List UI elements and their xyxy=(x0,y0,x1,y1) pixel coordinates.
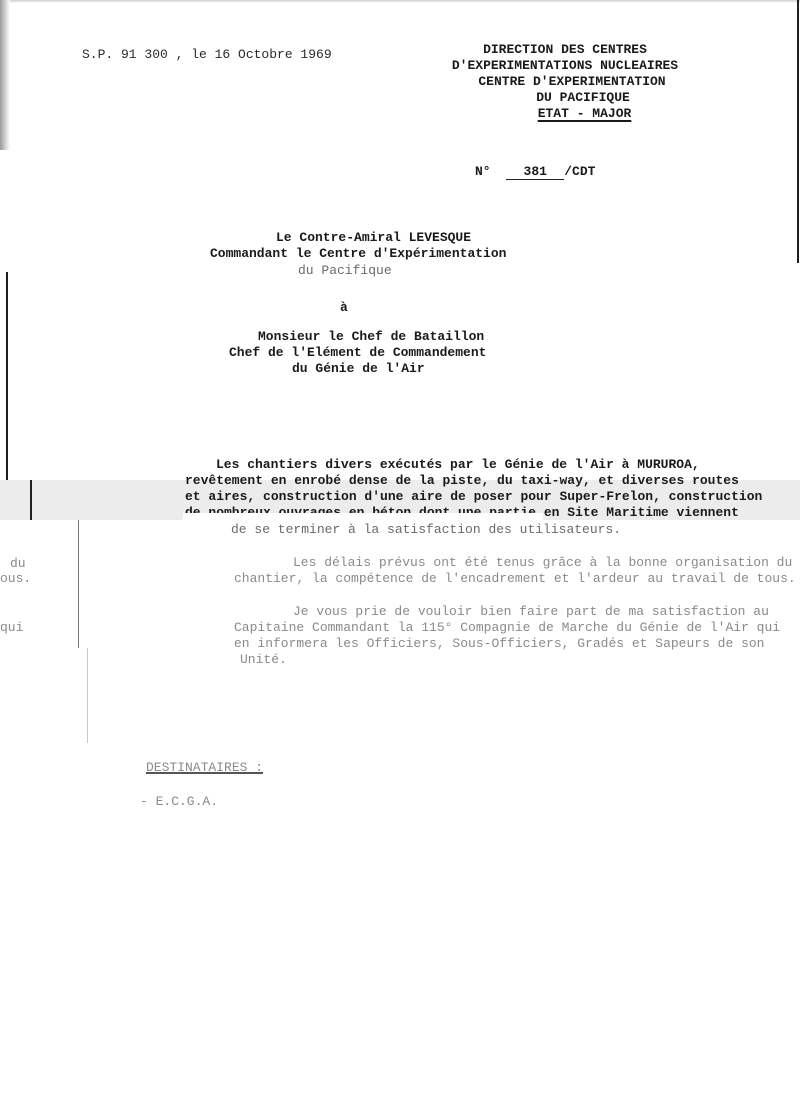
letterhead-line-5: ETAT - MAJOR xyxy=(462,106,707,121)
paragraph-1-line-1: Les chantiers divers exécutés par le Gén… xyxy=(216,457,700,472)
paragraph-3-line-2: Capitaine Commandant la 115° Compagnie d… xyxy=(234,620,780,635)
offset-fragment-2: ous. xyxy=(0,571,31,586)
distribution-heading-label: DESTINATAIRES : xyxy=(146,760,263,775)
paragraph-3-line-4: Unité. xyxy=(240,652,287,667)
reference-prefix: N° xyxy=(475,164,491,179)
offset-fragment-1: du xyxy=(10,556,26,571)
scan-edge-line-right xyxy=(797,0,799,263)
distribution-heading: DESTINATAIRES : xyxy=(146,760,263,775)
letterhead-line-2: D'EXPERIMENTATIONS NUCLEAIRES xyxy=(430,58,700,73)
scan-left-shadow xyxy=(0,0,10,150)
scan-top-shadow xyxy=(0,0,800,3)
reference-value: 381 xyxy=(506,164,564,180)
offset-fragment-3: qui xyxy=(0,620,23,635)
paragraph-2-line-1: Les délais prévus ont été tenus grâce à … xyxy=(293,555,792,570)
sender-line-2: Commandant le Centre d'Expérimentation xyxy=(210,246,506,261)
paragraph-1-line-2: revêtement en enrobé dense de la piste, … xyxy=(185,473,739,488)
scan-offset-line xyxy=(78,520,79,648)
letterhead-line-3: CENTRE D'EXPERIMENTATION xyxy=(437,74,707,89)
letterhead-line-4: DU PACIFIQUE xyxy=(448,90,718,105)
paragraph-2-line-2: chantier, la compétence de l'encadrement… xyxy=(234,571,796,586)
to-word: à xyxy=(340,300,348,315)
paragraph-1-line-5: de se terminer à la satisfaction des uti… xyxy=(231,522,621,537)
paragraph-3-line-3: en informera les Officiers, Sous-Officie… xyxy=(234,636,765,651)
paragraph-1-line-3: et aires, construction d'une aire de pos… xyxy=(185,489,762,504)
place-date: S.P. 91 300 , le 16 Octobre 1969 xyxy=(82,47,332,62)
scan-band-line xyxy=(30,480,32,520)
recipient-line-2: Chef de l'Elément de Commandement xyxy=(229,345,486,360)
scan-offset-line-faint xyxy=(87,648,88,743)
paragraph-3-line-1: Je vous prie de vouloir bien faire part … xyxy=(293,604,769,619)
sender-line-3: du Pacifique xyxy=(298,263,392,278)
reference-number: N° 381/CDT xyxy=(475,164,595,180)
letterhead-line-1: DIRECTION DES CENTRES xyxy=(430,42,700,57)
sender-line-1: Le Contre-Amiral LEVESQUE xyxy=(276,230,471,245)
reference-suffix: /CDT xyxy=(564,164,595,179)
distribution-item: - E.C.G.A. xyxy=(140,794,218,809)
scan-white-patch xyxy=(183,513,543,521)
scan-edge-line-left xyxy=(6,272,8,480)
recipient-line-3: du Génie de l'Air xyxy=(292,361,425,376)
recipient-line-1: Monsieur le Chef de Bataillon xyxy=(258,329,484,344)
